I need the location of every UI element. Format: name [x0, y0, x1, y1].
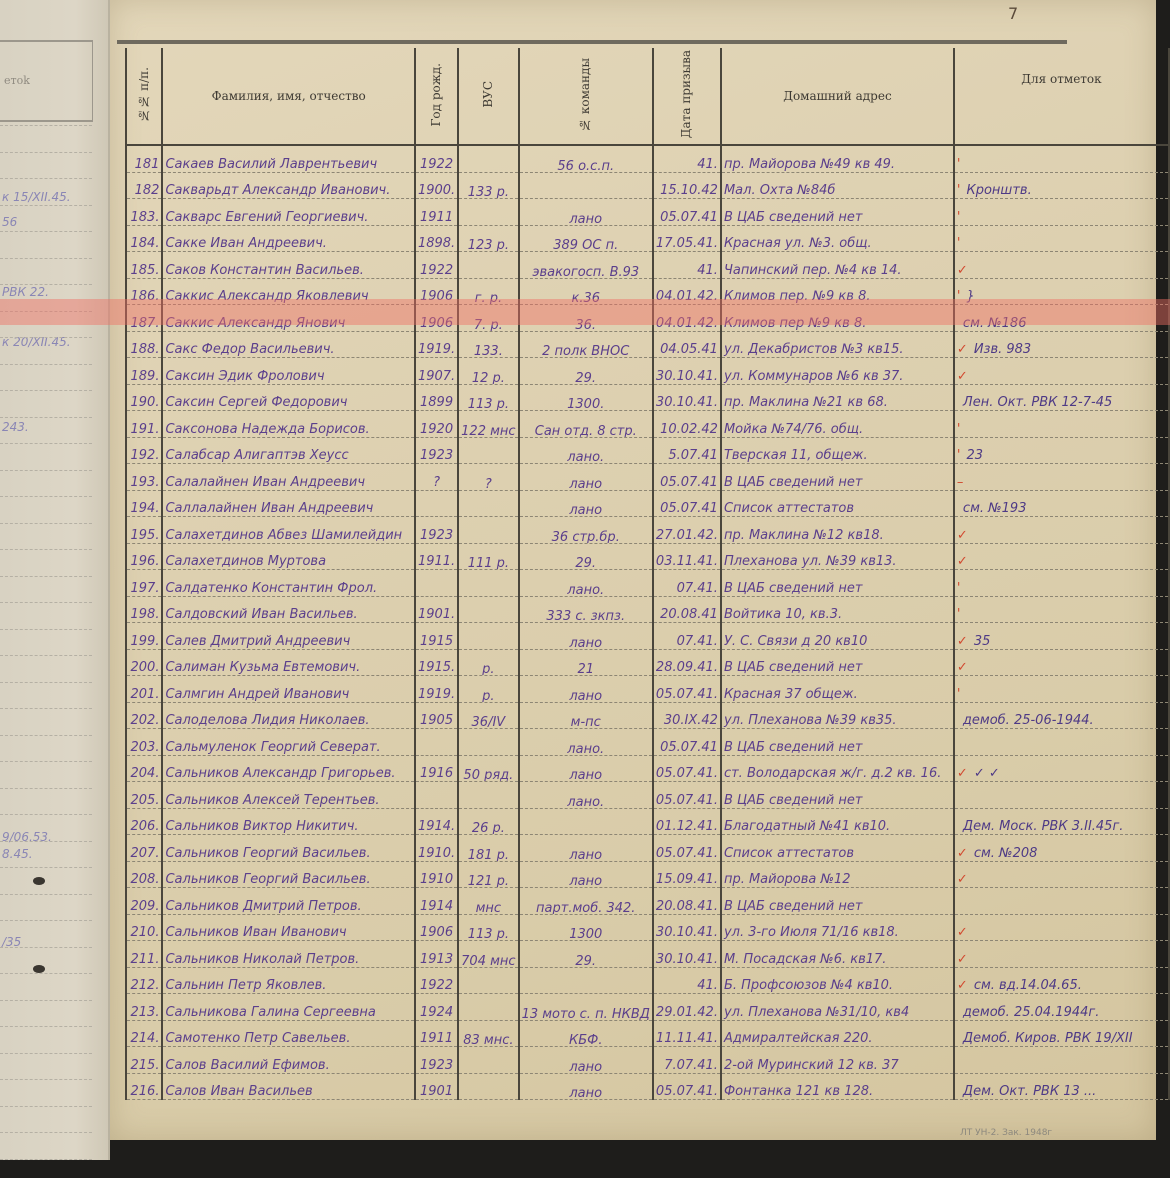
table-row: 200.Салиман Кузьма Евтемович.1915.р.2128… [126, 649, 1169, 676]
cell-year: 1911. [415, 543, 458, 570]
cell-vus: 12 р. [458, 358, 518, 385]
cell-year: 1910 [415, 861, 458, 888]
cell-year: 1898. [415, 225, 458, 252]
note-text: Дем. Моск. РВК 3.II.45г. [963, 819, 1124, 834]
check-mark-icon: ✓ [957, 766, 968, 781]
cell-notes: ✓ [954, 543, 1169, 570]
cell-num: 201. [126, 676, 162, 703]
table-row: 194.Саллалайнен Иван Андреевичлано05.07.… [126, 490, 1169, 517]
check-mark-icon: ✓ [957, 925, 968, 940]
cell-address: ст. Володарская ж/г. д.2 кв. 16. [721, 755, 954, 782]
cell-notes: демоб. 25.04.1944г. [954, 994, 1169, 1021]
ruling-line [0, 311, 92, 312]
cell-vus: ? [458, 464, 518, 491]
ruling-line [0, 841, 92, 842]
cell-notes: ✓см. вд.14.04.65. [954, 967, 1169, 994]
cell-team: лано. [519, 437, 653, 464]
table-row: 186.Саккис Александр Яковлевич1906г. р.к… [126, 278, 1169, 305]
cell-address: Тверская 11, общеж. [721, 437, 954, 464]
cell-name: Салов Иван Васильев [162, 1073, 414, 1100]
cell-num: 189. [126, 358, 162, 385]
cell-year: 1923 [415, 437, 458, 464]
cell-notes: ✓ [954, 358, 1169, 385]
cell-vus [458, 145, 518, 172]
ruling-line [0, 364, 92, 365]
cell-num: 183. [126, 199, 162, 226]
cell-vus: 111 р. [458, 543, 518, 570]
ruling-line [0, 629, 92, 630]
cell-name: Сакварьдт Александр Иванович. [162, 172, 414, 199]
cell-address: ул. Коммунаров №6 кв 37. [721, 358, 954, 385]
ruling-line [0, 867, 92, 868]
table-row: 189.Саксин Эдик Фролович1907.12 р.29.30.… [126, 358, 1169, 385]
cell-team: 1300. [519, 384, 653, 411]
cell-name: Салев Дмитрий Андреевич [162, 623, 414, 650]
cell-num: 197. [126, 570, 162, 597]
cell-address: В ЦАБ сведений нет [721, 570, 954, 597]
cell-notes: ✓ [954, 649, 1169, 676]
cell-name: Сакварс Евгений Георгиевич. [162, 199, 414, 226]
cell-name: Сальников Георгий Васильев. [162, 861, 414, 888]
note-text: демоб. 25-06-1944. [963, 713, 1094, 728]
cell-year: 1900. [415, 172, 458, 199]
header-row: №№ п/п. Фамилия, имя, отчество Год рожд.… [126, 48, 1169, 145]
cell-vus: 181 р. [458, 835, 518, 862]
previous-page-note: 8.45. [2, 847, 33, 861]
page-number: 7 [1008, 4, 1018, 23]
table-row: 201.Салмгин Андрей Иванович1919.р.лано05… [126, 676, 1169, 703]
cell-team: Сан отд. 8 стр. [519, 411, 653, 438]
cell-year: 1914 [415, 888, 458, 915]
table-row: 191.Саксонова Надежда Борисов.1920122 мн… [126, 411, 1169, 438]
cell-vus: 123 р. [458, 225, 518, 252]
cell-address: ул. Плеханова №31/10, кв4 [721, 994, 954, 1021]
cell-vus [458, 782, 518, 809]
cell-year: 1911 [415, 1020, 458, 1047]
check-mark-icon: ' [957, 687, 961, 702]
cell-date: 20.08.41. [653, 888, 721, 915]
check-mark-icon: ' [957, 157, 961, 172]
cell-num: 215. [126, 1047, 162, 1074]
cell-date: 05.07.41. [653, 755, 721, 782]
cell-year: 1906 [415, 305, 458, 332]
cell-name: Саккис Александр Яковлевич [162, 278, 414, 305]
ruling-line [0, 1026, 92, 1027]
cell-date: 05.07.41. [653, 1073, 721, 1100]
cell-vus [458, 199, 518, 226]
col-header-name: Фамилия, имя, отчество [162, 48, 414, 145]
cell-team [519, 808, 653, 835]
cell-name: Сакке Иван Андреевич. [162, 225, 414, 252]
ruling-line [0, 947, 92, 948]
cell-num: 211. [126, 941, 162, 968]
ruling-line [0, 735, 92, 736]
cell-year [415, 729, 458, 756]
ruling-line [0, 417, 92, 418]
cell-team: лано [519, 676, 653, 703]
cell-vus [458, 596, 518, 623]
cell-vus: 26 р. [458, 808, 518, 835]
ruling-line [0, 178, 92, 179]
cell-vus [458, 437, 518, 464]
cell-vus [458, 490, 518, 517]
ruling-line [0, 602, 92, 603]
cell-num: 193. [126, 464, 162, 491]
cell-vus [458, 623, 518, 650]
table-row: 204.Сальников Александр Григорьев.191650… [126, 755, 1169, 782]
cell-year: 1922 [415, 252, 458, 279]
cell-address: пр. Маклина №21 кв 68. [721, 384, 954, 411]
cell-year [415, 782, 458, 809]
cell-notes: Лен. Окт. РВК 12-7-45 [954, 384, 1169, 411]
cell-year: 1914. [415, 808, 458, 835]
note-text: Изв. 983 [974, 342, 1031, 357]
cell-name: Сальников Александр Григорьев. [162, 755, 414, 782]
cell-num: 185. [126, 252, 162, 279]
cell-num: 198. [126, 596, 162, 623]
cell-date: 17.05.41. [653, 225, 721, 252]
table-row: 214.Самотенко Петр Савельев.191183 мнс.К… [126, 1020, 1169, 1047]
cell-date: 7.07.41. [653, 1047, 721, 1074]
cell-team: лано [519, 490, 653, 517]
note-text: см. №208 [974, 846, 1038, 861]
cell-vus [458, 967, 518, 994]
cell-date: 11.11.41. [653, 1020, 721, 1047]
cell-notes: ' [954, 145, 1169, 172]
cell-address: Климов пер. №9 кв 8. [721, 278, 954, 305]
cell-vus: 122 мнс [458, 411, 518, 438]
punch-hole [33, 877, 45, 885]
cell-date: 15.10.42 [653, 172, 721, 199]
cell-num: 206. [126, 808, 162, 835]
cell-num: 200. [126, 649, 162, 676]
cell-year: 1911 [415, 199, 458, 226]
cell-date: 03.11.41. [653, 543, 721, 570]
cell-team [519, 967, 653, 994]
cell-date: 01.12.41. [653, 808, 721, 835]
cell-year: 1906 [415, 278, 458, 305]
cell-notes [954, 1047, 1169, 1074]
cell-vus: 83 мнс. [458, 1020, 518, 1047]
table-row: 211.Сальников Николай Петров.1913704 мнс… [126, 941, 1169, 968]
cell-notes [954, 888, 1169, 915]
cell-num: 205. [126, 782, 162, 809]
ruling-line [0, 1132, 92, 1133]
cell-year: 1919. [415, 676, 458, 703]
cell-date: 05.07.41 [653, 464, 721, 491]
cell-num: 207. [126, 835, 162, 862]
cell-address: Список аттестатов [721, 490, 954, 517]
cell-vus [458, 1073, 518, 1100]
cell-notes: – [954, 464, 1169, 491]
cell-notes: см. №193 [954, 490, 1169, 517]
cell-year: 1915 [415, 623, 458, 650]
cell-year: 1916 [415, 755, 458, 782]
cell-date: 27.01.42. [653, 517, 721, 544]
cell-team: КБФ. [519, 1020, 653, 1047]
cell-address: В ЦАБ сведений нет [721, 888, 954, 915]
ruling-line [0, 576, 92, 577]
table-row: 182Сакварьдт Александр Иванович.1900.133… [126, 172, 1169, 199]
cell-name: Сальников Георгий Васильев. [162, 835, 414, 862]
cell-address: Мал. Охта №84б [721, 172, 954, 199]
previous-page-header: етоk [0, 40, 93, 122]
cell-num: 195. [126, 517, 162, 544]
table-row: 212.Сальнин Петр Яковлев.192241.Б. Профс… [126, 967, 1169, 994]
cell-vus [458, 570, 518, 597]
cell-team: м-пс [519, 702, 653, 729]
cell-num: 204. [126, 755, 162, 782]
cell-name: Сальников Иван Иванович [162, 914, 414, 941]
cell-date: 30.10.41. [653, 358, 721, 385]
cell-address: Красная ул. №3. общ. [721, 225, 954, 252]
cell-date: 41. [653, 967, 721, 994]
cell-date: 10.02.42 [653, 411, 721, 438]
cell-year: 1915. [415, 649, 458, 676]
cell-date: 05.07.41. [653, 782, 721, 809]
note-text: см. вд.14.04.65. [974, 978, 1082, 993]
top-rule [117, 40, 1067, 44]
table-row: 209.Сальников Дмитрий Петров.1914мнспарт… [126, 888, 1169, 915]
cell-year: ? [415, 464, 458, 491]
register-table: №№ п/п. Фамилия, имя, отчество Год рожд.… [125, 48, 1170, 1100]
table-row: 188.Сакс Федор Васильевич.1919.133.2 пол… [126, 331, 1169, 358]
cell-notes: ' [954, 225, 1169, 252]
cell-address: Мойка №74/76. общ. [721, 411, 954, 438]
cell-date: 07.41. [653, 623, 721, 650]
cell-notes: ✓ [954, 252, 1169, 279]
table-row: 207.Сальников Георгий Васильев.1910.181 … [126, 835, 1169, 862]
cell-name: Саксин Сергей Федорович [162, 384, 414, 411]
cell-address: В ЦАБ сведений нет [721, 464, 954, 491]
ruling-line [0, 761, 92, 762]
table-row: 195.Салахетдинов Абвез Шамилейдин192336 … [126, 517, 1169, 544]
cell-team: лано [519, 861, 653, 888]
cell-team: 21 [519, 649, 653, 676]
check-mark-icon: ' [957, 422, 961, 437]
ruling-line [0, 390, 92, 391]
check-mark-icon: ' [957, 607, 961, 622]
cell-name: Салов Василий Ефимов. [162, 1047, 414, 1074]
check-mark-icon: ✓ [957, 554, 968, 569]
cell-address: 2-ой Муринский 12 кв. 37 [721, 1047, 954, 1074]
cell-notes: '} [954, 278, 1169, 305]
cell-team: лано. [519, 570, 653, 597]
cell-num: 188. [126, 331, 162, 358]
ruling-line [0, 152, 92, 153]
note-text: Демоб. Киров. РВК 19/XII [963, 1031, 1133, 1046]
cell-year: 1920 [415, 411, 458, 438]
previous-page-note: РВК 22. [2, 285, 49, 299]
ruling-line [0, 549, 92, 550]
cell-date: 04.01.42. [653, 278, 721, 305]
ruling-line [0, 973, 92, 974]
cell-name: Сальников Алексей Терентьев. [162, 782, 414, 809]
cell-team: парт.моб. 342. [519, 888, 653, 915]
cell-address: Плеханова ул. №39 кв13. [721, 543, 954, 570]
previous-page-note: к 15/XII.45. [2, 190, 71, 204]
note-text: } [967, 289, 975, 304]
cell-notes: Дем. Окт. РВК 13 ... [954, 1073, 1169, 1100]
cell-num: 209. [126, 888, 162, 915]
cell-year: 1910. [415, 835, 458, 862]
cell-num: 186. [126, 278, 162, 305]
cell-address: М. Посадская №6. кв17. [721, 941, 954, 968]
cell-vus: 133. [458, 331, 518, 358]
note-text: Дем. Окт. РВК 13 ... [963, 1084, 1096, 1099]
cell-notes: ' [954, 411, 1169, 438]
cell-notes: ✓см. №208 [954, 835, 1169, 862]
cell-name: Салиман Кузьма Евтемович. [162, 649, 414, 676]
cell-num: 184. [126, 225, 162, 252]
table-row: 210.Сальников Иван Иванович1906113 р.130… [126, 914, 1169, 941]
ruling-line [0, 470, 92, 471]
cell-team: эвакогосп. В.93 [519, 252, 653, 279]
col-header-date: Дата призыва [653, 48, 721, 145]
cell-address: Адмиралтейская 220. [721, 1020, 954, 1047]
ruling-line [0, 258, 92, 259]
cell-address: ул. 3-го Июля 71/16 кв18. [721, 914, 954, 941]
check-mark-icon: ' [957, 581, 961, 596]
cell-name: Сальников Николай Петров. [162, 941, 414, 968]
cell-vus: р. [458, 676, 518, 703]
cell-vus: 121 р. [458, 861, 518, 888]
cell-address: Чапинский пер. №4 кв 14. [721, 252, 954, 279]
table-row: 213.Сальникова Галина Сергеевна192413 мо… [126, 994, 1169, 1021]
cell-address: В ЦАБ сведений нет [721, 649, 954, 676]
cell-team: лано [519, 1047, 653, 1074]
cell-date: 05.07.41 [653, 729, 721, 756]
cell-date: 07.41. [653, 570, 721, 597]
ruling-line [0, 231, 92, 232]
cell-name: Салмгин Андрей Иванович [162, 676, 414, 703]
cell-year: 1922 [415, 145, 458, 172]
cell-name: Саккис Александр Янович [162, 305, 414, 332]
cell-address: В ЦАБ сведений нет [721, 729, 954, 756]
cell-vus [458, 517, 518, 544]
cell-year: 1913 [415, 941, 458, 968]
cell-vus: 133 р. [458, 172, 518, 199]
punch-hole [33, 965, 45, 973]
cell-name: Салалайнен Иван Андреевич [162, 464, 414, 491]
table-row: 216.Салов Иван Васильев1901лано05.07.41.… [126, 1073, 1169, 1100]
col-header-notes: Для отметок [954, 48, 1169, 145]
cell-address: У. С. Связи д 20 кв10 [721, 623, 954, 650]
cell-team: лано [519, 835, 653, 862]
table-row: 192.Салабсар Алигаптэв Хеусс1923лано.5.0… [126, 437, 1169, 464]
note-text: ✓ ✓ [974, 766, 1000, 781]
cell-num: 182 [126, 172, 162, 199]
table-row: 215.Салов Василий Ефимов.1923лано7.07.41… [126, 1047, 1169, 1074]
table-row: 193.Салалайнен Иван Андреевич??лано05.07… [126, 464, 1169, 491]
cell-year: 1901. [415, 596, 458, 623]
cell-notes: Дем. Моск. РВК 3.II.45г. [954, 808, 1169, 835]
previous-page: етоk к 15/XII.45.56РВК 22.к 20/XII.45.24… [0, 0, 110, 1160]
cell-num: 192. [126, 437, 162, 464]
ruling-line [0, 337, 92, 338]
cell-date: 05.07.41 [653, 490, 721, 517]
cell-name: Салабсар Алигаптэв Хеусс [162, 437, 414, 464]
cell-vus: мнс [458, 888, 518, 915]
cell-team: 36. [519, 305, 653, 332]
cell-date: 30.10.41. [653, 914, 721, 941]
cell-notes: ' [954, 199, 1169, 226]
cell-address: В ЦАБ сведений нет [721, 782, 954, 809]
cell-num: 181 [126, 145, 162, 172]
cell-name: Сальнин Петр Яковлев. [162, 967, 414, 994]
cell-notes: ✓ [954, 517, 1169, 544]
note-text: Лен. Окт. РВК 12-7-45 [963, 395, 1112, 410]
cell-name: Самотенко Петр Савельев. [162, 1020, 414, 1047]
cell-year: 1899 [415, 384, 458, 411]
check-mark-icon: ' [957, 448, 961, 463]
cell-notes: см. №186 [954, 305, 1169, 332]
cell-year: 1907. [415, 358, 458, 385]
cell-vus: г. р. [458, 278, 518, 305]
ruling-line [0, 1000, 92, 1001]
cell-name: Саков Константин Васильев. [162, 252, 414, 279]
cell-date: 05.07.41. [653, 676, 721, 703]
ruling-line [0, 1079, 92, 1080]
cell-year: 1901 [415, 1073, 458, 1100]
cell-address: Войтика 10, кв.3. [721, 596, 954, 623]
cell-name: Салахетдинов Муртова [162, 543, 414, 570]
cell-num: 187. [126, 305, 162, 332]
cell-notes: ✓✓ ✓ [954, 755, 1169, 782]
cell-notes: ✓ [954, 914, 1169, 941]
cell-date: 29.01.42. [653, 994, 721, 1021]
cell-date: 28.09.41. [653, 649, 721, 676]
cell-team [519, 172, 653, 199]
cell-team: лано. [519, 782, 653, 809]
cell-name: Салахетдинов Абвез Шамилейдин [162, 517, 414, 544]
check-mark-icon: ✓ [957, 952, 968, 967]
cell-vus [458, 252, 518, 279]
cell-num: 216. [126, 1073, 162, 1100]
ruling-line [0, 125, 92, 126]
cell-team: 2 полк ВНОС [519, 331, 653, 358]
ruling-line [0, 1106, 92, 1107]
cell-notes: ' [954, 570, 1169, 597]
cell-notes: Демоб. Киров. РВК 19/XII [954, 1020, 1169, 1047]
cell-name: Салоделова Лидия Николаев. [162, 702, 414, 729]
cell-notes: ✓ [954, 861, 1169, 888]
cell-name: Сальникова Галина Сергеевна [162, 994, 414, 1021]
ruling-line [0, 443, 92, 444]
cell-vus: 7. р. [458, 305, 518, 332]
cell-date: 15.09.41. [653, 861, 721, 888]
ruling-line [0, 284, 92, 285]
cell-name: Саксин Эдик Фролович [162, 358, 414, 385]
previous-page-note: 9/06.53. [2, 830, 52, 844]
cell-team: лано [519, 755, 653, 782]
cell-num: 212. [126, 967, 162, 994]
col-header-address: Домашний адрес [721, 48, 954, 145]
cell-vus: 50 ряд. [458, 755, 518, 782]
ruling-line [0, 682, 92, 683]
cell-num: 210. [126, 914, 162, 941]
cell-address: ул. Декабристов №3 кв15. [721, 331, 954, 358]
cell-num: 208. [126, 861, 162, 888]
cell-num: 199. [126, 623, 162, 650]
cell-notes: ✓35 [954, 623, 1169, 650]
cell-notes: '23 [954, 437, 1169, 464]
check-mark-icon: – [957, 475, 964, 490]
cell-address: Список аттестатов [721, 835, 954, 862]
cell-year: 1905 [415, 702, 458, 729]
previous-page-header-text: етоk [4, 74, 30, 87]
cell-date: 30.IX.42 [653, 702, 721, 729]
